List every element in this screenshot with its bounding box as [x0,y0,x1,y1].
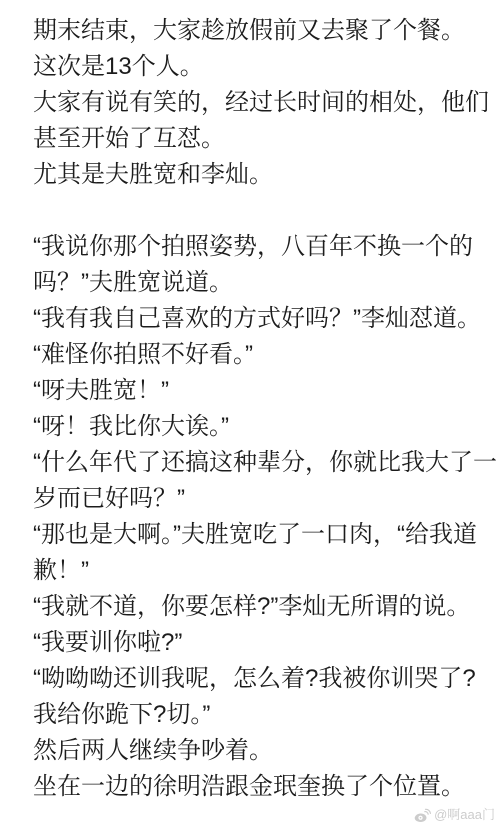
text-line: “那也是大啊。”夫胜宽吃了一口肉，“给我道 [33,517,493,553]
text-line: “什么年代了还搞这种辈分，你就比我大了一 [33,445,493,481]
text-line: 这次是13个人。 [33,49,493,85]
text-line: “我说你那个拍照姿势，八百年不换一个的 [33,229,493,265]
text-line: “我要训你啦?” [33,625,493,661]
text-line: 大家有说有笑的，经过长时间的相处，他们 [33,85,493,121]
text-line: “难怪你拍照不好看。” [33,337,493,373]
watermark: @啊aaa门 [414,807,495,823]
story-text-block: 期末结束，大家趁放假前又去聚了个餐。 这次是13个人。 大家有说有笑的，经过长时… [33,13,493,805]
text-line: 坐在一边的徐明浩跟金珉奎换了个位置。 [33,769,493,805]
text-line: 期末结束，大家趁放假前又去聚了个餐。 [33,13,493,49]
watermark-username: @啊aaa门 [434,807,495,823]
text-line: “我有我自己喜欢的方式好吗？”李灿怼道。 [33,301,493,337]
text-line: “呀夫胜宽！” [33,373,493,409]
story-page: 期末结束，大家趁放假前又去聚了个餐。 这次是13个人。 大家有说有笑的，经过长时… [0,0,500,828]
text-line: 然后两人继续争吵着。 [33,733,493,769]
text-line: “我就不道，你要怎样?”李灿无所谓的说。 [33,589,493,625]
text-line: 岁而已好吗？” [33,481,493,517]
text-line: 吗？”夫胜宽说道。 [33,265,493,301]
blank-line [33,193,493,229]
text-line: “呀！我比你大诶。” [33,409,493,445]
text-line: 我给你跪下?切。” [33,697,493,733]
text-line: 甚至开始了互怼。 [33,121,493,157]
weibo-logo-icon [414,808,431,823]
text-line: “呦呦呦还训我呢，怎么着?我被你训哭了? [33,661,493,697]
text-line: 尤其是夫胜宽和李灿。 [33,157,493,193]
text-line: 歉！” [33,553,493,589]
